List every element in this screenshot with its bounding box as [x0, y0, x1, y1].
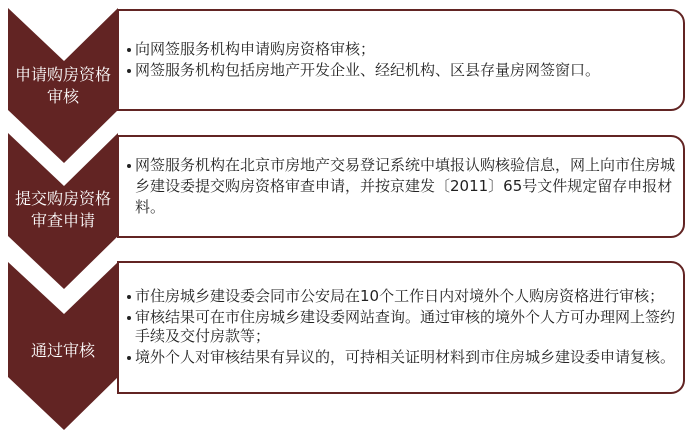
step-2-bullet-list: 网签服务机构在北京市房地产交易登记系统中填报认购核验信息，网上向市住房城乡建设委… — [127, 155, 677, 218]
step-1-description-box: 向网签服务机构申请购房资格审核； 网签服务机构包括房地产开发企业、经纪机构、区县… — [117, 9, 685, 111]
step-2-label: 提交购房资格 审查申请 — [8, 188, 118, 232]
step-1-label: 申请购房资格 审核 — [8, 64, 118, 108]
step-1-bullet-1: 向网签服务机构申请购房资格审核； — [127, 39, 677, 60]
step-3-description-box: 市住房城乡建设委会同市公安局在10个工作日内对境外个人购房资格进行审核； 审核结… — [117, 261, 685, 394]
step-2-description-box: 网签服务机构在北京市房地产交易登记系统中填报认购核验信息，网上向市住房城乡建设委… — [117, 135, 685, 238]
step-1-bullet-list: 向网签服务机构申请购房资格审核； 网签服务机构包括房地产开发企业、经纪机构、区县… — [127, 39, 677, 81]
step-1-label-line-1: 申请购房资格 — [8, 64, 118, 86]
step-1-bullet-2: 网签服务机构包括房地产开发企业、经纪机构、区县存量房网签窗口。 — [127, 60, 677, 81]
step-3-bullet-3: 境外个人对审核结果有异议的，可持相关证明材料到市住房城乡建设委申请复核。 — [127, 348, 677, 367]
step-3-label: 通过审核 — [8, 340, 118, 362]
step-1-label-line-2: 审核 — [8, 86, 118, 108]
step-3-bullet-2: 审核结果可在市住房城乡建设委网站查询。通过审核的境外个人方可办理网上签约手续及交… — [127, 308, 677, 346]
step-2-label-line-1: 提交购房资格 — [8, 188, 118, 210]
step-3-bullet-1: 市住房城乡建设委会同市公安局在10个工作日内对境外个人购房资格进行审核； — [127, 287, 677, 306]
step-3-label-line-1: 通过审核 — [8, 340, 118, 362]
step-3-bullet-list: 市住房城乡建设委会同市公安局在10个工作日内对境外个人购房资格进行审核； 审核结… — [127, 287, 677, 369]
step-2-bullet-1: 网签服务机构在北京市房地产交易登记系统中填报认购核验信息，网上向市住房城乡建设委… — [127, 155, 677, 218]
step-2-label-line-2: 审查申请 — [8, 210, 118, 232]
